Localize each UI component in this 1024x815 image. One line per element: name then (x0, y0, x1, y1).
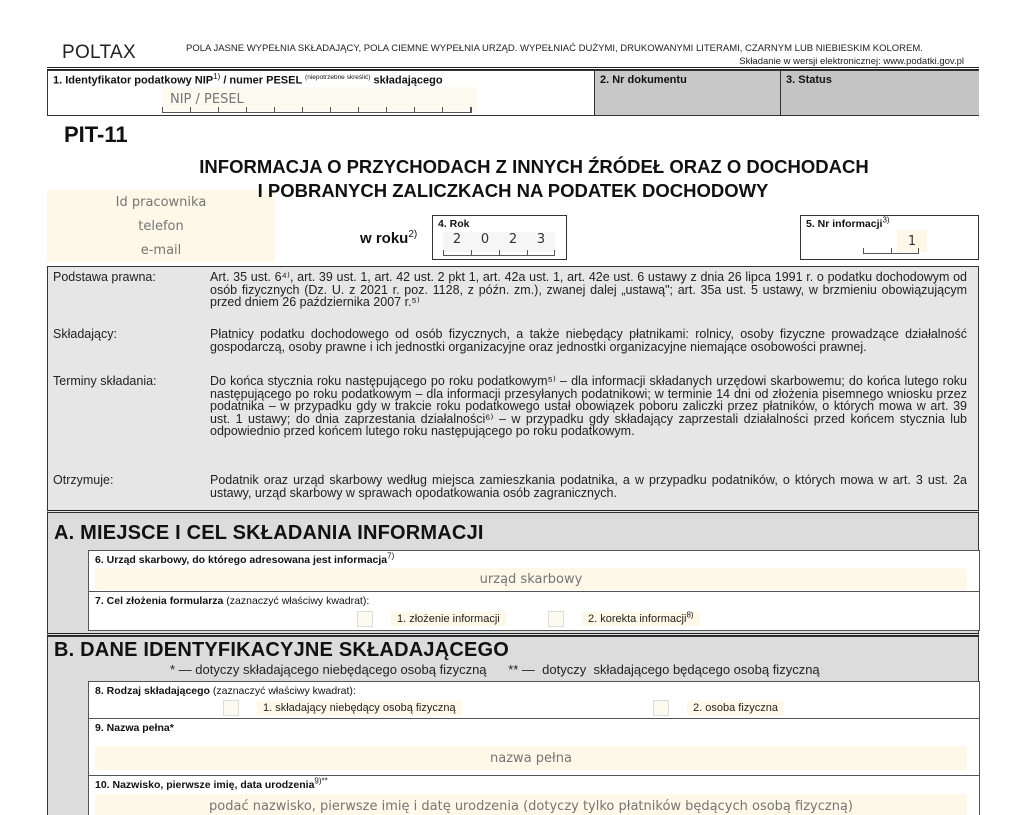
field-9-label: 9. Nazwa pełna* (89, 719, 979, 737)
legal-text: Płatnicy podatku dochodowego od osób fiz… (210, 328, 967, 353)
field-4-year: 4. Rok 2 0 2 3 (432, 215, 567, 260)
phone-input[interactable] (47, 214, 275, 238)
option-natural-person[interactable]: 2. osoba fizyczna (653, 700, 784, 716)
field-10-label: 10. Nazwisko, pierwsze imię, data urodze… (89, 776, 979, 794)
field-7-label: 7. Cel złożenia formularza (zaznaczyć wł… (89, 592, 979, 610)
option-submission[interactable]: 1. złożenie informacji (357, 611, 506, 627)
field-5-info-number: 5. Nr informacji3) (800, 215, 979, 260)
fill-instruction: POLA JASNE WYPEŁNIA SKŁADAJĄCY, POLA CIE… (186, 43, 923, 54)
legal-label: Podstawa prawna: (53, 271, 203, 284)
year-digit: 0 (471, 232, 499, 252)
legal-text: Podatnik oraz urząd skarbowy według miej… (210, 474, 967, 499)
field-2-document-number: 2. Nr dokumentu (594, 71, 780, 115)
year-digit: 2 (499, 232, 527, 252)
field-8-label: 8. Rodzaj składającego (zaznaczyć właści… (89, 682, 979, 700)
field-3-label: 3. Status (781, 71, 979, 89)
identifier-row: 1. Identyfikator podatkowy NIP1) / numer… (47, 70, 979, 116)
legal-label: Składający: (53, 328, 203, 341)
legal-basis-block: Podstawa prawna: Art. 35 ust. 6⁴⁾, art. … (47, 266, 979, 513)
legal-text: Art. 35 ust. 6⁴⁾, art. 39 ust. 1, art. 4… (210, 271, 967, 309)
year-digit-ticks (443, 250, 555, 256)
checkbox-natural-person[interactable] (653, 700, 669, 716)
section-b-title: B. DANE IDENTYFIKACYJNE SKŁADAJĄCEGO (54, 639, 509, 662)
section-b: B. DANE IDENTYFIKACYJNE SKŁADAJĄCEGO * —… (47, 636, 979, 815)
option-label: 1. składający niebędący osobą fizyczną (257, 701, 462, 715)
field-5-label: 5. Nr informacji3) (801, 216, 978, 232)
field-6-tax-office: 6. Urząd skarbowy, do którego adresowana… (88, 550, 980, 592)
option-label: 2. osoba fizyczna (687, 701, 784, 715)
field-4-label: 4. Rok (433, 216, 566, 232)
legal-label: Terminy składania: (53, 375, 203, 388)
option-correction[interactable]: 2. korekta informacji8) (548, 611, 700, 627)
email-input[interactable] (47, 238, 275, 262)
year-digit: 2 (443, 232, 471, 252)
checkbox-non-natural-person[interactable] (223, 700, 239, 716)
field-1-nip-pesel: 1. Identyfikator podatkowy NIP1) / numer… (48, 71, 594, 115)
brand-logo: POLTAX (62, 42, 136, 64)
option-label: 1. złożenie informacji (391, 612, 506, 626)
year-digit: 3 (527, 232, 555, 252)
electronic-submission-note: Składanie w wersji elektronicznej: www.p… (739, 56, 964, 67)
info-number-ticks (863, 248, 919, 254)
field-6-label: 6. Urząd skarbowy, do którego adresowana… (89, 551, 979, 569)
option-non-natural-person[interactable]: 1. składający niebędący osobą fizyczną (223, 700, 462, 716)
legal-text: Do końca stycznia roku następującego po … (210, 375, 967, 438)
tax-office-input[interactable] (95, 568, 967, 590)
field-8-filer-type: 8. Rodzaj składającego (zaznaczyć właści… (88, 681, 980, 719)
checkbox-submission[interactable] (357, 611, 373, 627)
form-title-line-1: INFORMACJA O PRZYCHODACH Z INNYCH ŹRÓDEŁ… (0, 156, 1024, 178)
field-10-name-birthdate: 10. Nazwisko, pierwsze imię, data urodze… (88, 775, 980, 815)
option-label: 2. korekta informacji8) (582, 612, 700, 626)
section-a-title: A. MIEJSCE I CEL SKŁADANIA INFORMACJI (54, 522, 484, 545)
section-b-note: * — dotyczy składającego niebędącego oso… (170, 662, 820, 677)
field-7-purpose: 7. Cel złożenia formularza (zaznaczyć wł… (88, 591, 980, 631)
year-prefix: w roku2) (360, 230, 417, 247)
form-title-line-2: I POBRANYCH ZALICZKACH NA PODATEK DOCHOD… (0, 180, 1024, 202)
full-name-input[interactable] (95, 746, 967, 770)
section-a: A. MIEJSCE I CEL SKŁADANIA INFORMACJI 6.… (47, 512, 979, 636)
name-birthdate-input[interactable] (95, 794, 967, 815)
field-3-status: 3. Status (780, 71, 979, 115)
field-2-label: 2. Nr dokumentu (595, 71, 780, 89)
nip-digit-ticks (162, 107, 472, 113)
form-code: PIT-11 (64, 122, 128, 148)
year-input[interactable]: 2 0 2 3 (443, 232, 555, 252)
field-9-full-name: 9. Nazwa pełna* (88, 718, 980, 776)
checkbox-correction[interactable] (548, 611, 564, 627)
legal-label: Otrzymuje: (53, 474, 203, 487)
